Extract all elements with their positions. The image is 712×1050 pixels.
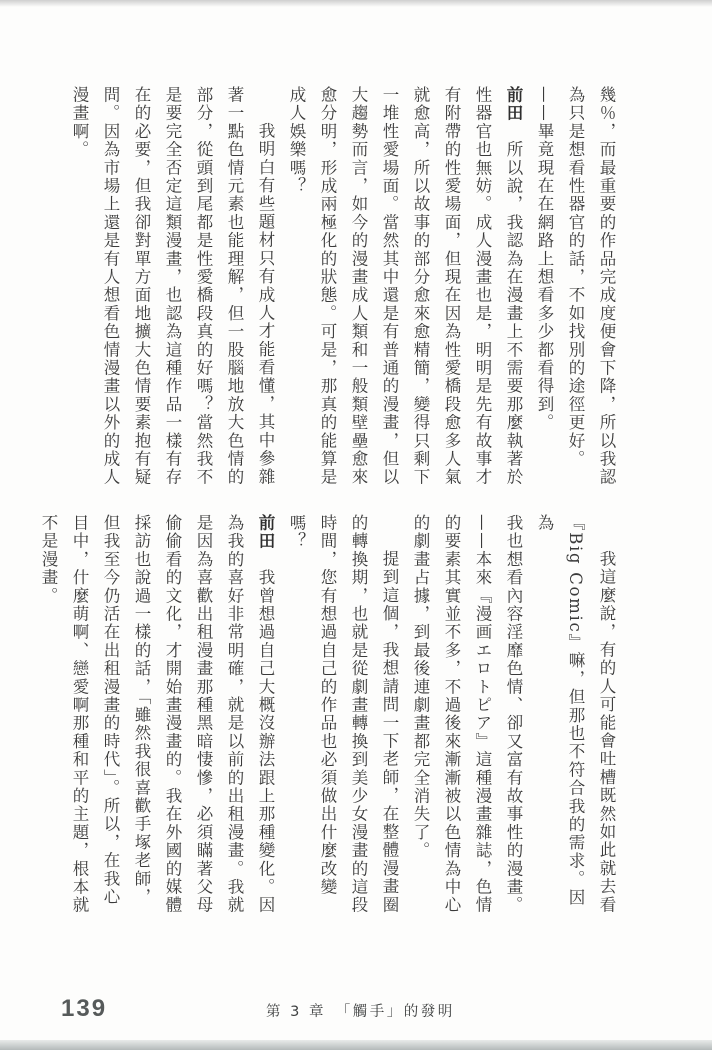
text-column: 我明白有些題材只有成人才能看懂，其中參雜: [250, 86, 281, 488]
book-page: { "colors": { "background": "#fdfdfc", "…: [0, 0, 712, 1050]
text-column: 我也想看內容淫靡色情、卻又富有故事性的漫畫。: [498, 514, 529, 916]
text-column: 成人娛樂嗎？: [281, 86, 312, 488]
chapter-footer: 第 3 章 「觸手」的發明: [266, 1000, 455, 1021]
text-column: 的要素其實並不多，不過後來漸漸被以色情為中心: [436, 514, 467, 916]
text-column: 提到這個，我想請問一下老師，在整體漫畫圈: [374, 514, 405, 916]
text-column: ——畢竟現在在網路上想看多少都看得到。: [529, 86, 560, 488]
page-footer: 139 第 3 章 「觸手」的發明: [0, 993, 712, 1027]
text-column: 幾％，而最重要的作品完成度便會下降，所以我認: [591, 86, 622, 488]
speaker-name: 前田: [504, 86, 523, 122]
text-column: 著一點色情元素也能理解，但一股腦地放大色情的: [219, 86, 250, 488]
bottom-text-band: 我這麼說，有的人可能會吐槽既然如此就去看『Big Comic』嘛，但那也不符合我…: [58, 514, 622, 916]
text-column: 前田 我曾想過自己大概沒辦法跟上那種變化。因: [250, 514, 281, 916]
text-column: 部分，從頭到尾都是性愛橋段真的好嗎？當然我不: [188, 86, 219, 488]
scan-top-edge-shadow: [0, 0, 712, 7]
speaker-name: 前田: [256, 514, 275, 550]
text-column: 是要完全否定這類漫畫，也認為這種作品一樣有存: [157, 86, 188, 488]
text-column: 是因為喜歡出租漫畫那種黑暗悽慘，必須瞞著父母: [188, 514, 219, 916]
text-column: 大趨勢而言，如今的漫畫成人類和一般類壁壘愈來: [343, 86, 374, 488]
text-column: 偷偷看的文化，才開始畫漫畫的。我在外國的媒體: [157, 514, 188, 916]
text-column: 有附帶的性愛場面，但現在因為性愛橋段愈多人氣: [436, 86, 467, 488]
text-column: 的劇畫占據，到最後連劇畫都完全消失了。: [405, 514, 436, 916]
text-column: 的轉換期，也就是從劇畫轉換到美少女漫畫的這段: [343, 514, 374, 916]
text-column: 為我的喜好非常明確，就是以前的出租漫畫。我就: [219, 514, 250, 916]
text-column: 我這麼說，有的人可能會吐槽既然如此就去看: [591, 514, 622, 916]
text-column: 一堆性愛場面。當然其中還是有普通的漫畫，但以: [374, 86, 405, 488]
text-column: 問。因為市場上還是有人想看色情漫畫以外的成人: [95, 86, 126, 488]
text-column: 採訪也說過一樣的話，「雖然我很喜歡手塚老師，: [126, 514, 157, 916]
text-column: 前田 所以說，我認為在漫畫上不需要那麼執著於: [498, 86, 529, 488]
text-column: 但我至今仍活在出租漫畫的時代」。所以，在我心: [95, 514, 126, 916]
text-column: 性器官也無妨。成人漫畫也是，明明是先有故事才: [467, 86, 498, 488]
page-number: 139: [61, 995, 107, 1023]
text-column: 就愈高，所以故事的部分愈來愈精簡，變得只剩下: [405, 86, 436, 488]
text-column: 在的必要，但我卻對單方面地擴大色情要素抱有疑: [126, 86, 157, 488]
text-column: 為只是想看性器官的話，不如找別的途徑更好。: [560, 86, 591, 488]
scan-bottom-edge-shadow: [0, 1040, 712, 1050]
text-column: 『Big Comic』嘛，但那也不符合我的需求。因為: [529, 514, 591, 916]
text-column: 嗎？: [281, 514, 312, 916]
text-column: 愈分明，形成兩極化的狀態。可是，那真的能算是: [312, 86, 343, 488]
top-text-band: 幾％，而最重要的作品完成度便會下降，所以我認為只是想看性器官的話，不如找別的途徑…: [58, 86, 622, 488]
text-column: ——本來『漫画エロトピア』這種漫畫雜誌，色情: [467, 514, 498, 916]
text-column: 漫畫啊。: [64, 86, 95, 488]
text-column: 目中，什麼萌啊、戀愛啊那種和平的主題，根本就: [64, 514, 95, 916]
text-column: 時間，您有想過自己的作品也必須做出什麼改變: [312, 514, 343, 916]
text-column: 不是漫畫。: [33, 514, 64, 916]
